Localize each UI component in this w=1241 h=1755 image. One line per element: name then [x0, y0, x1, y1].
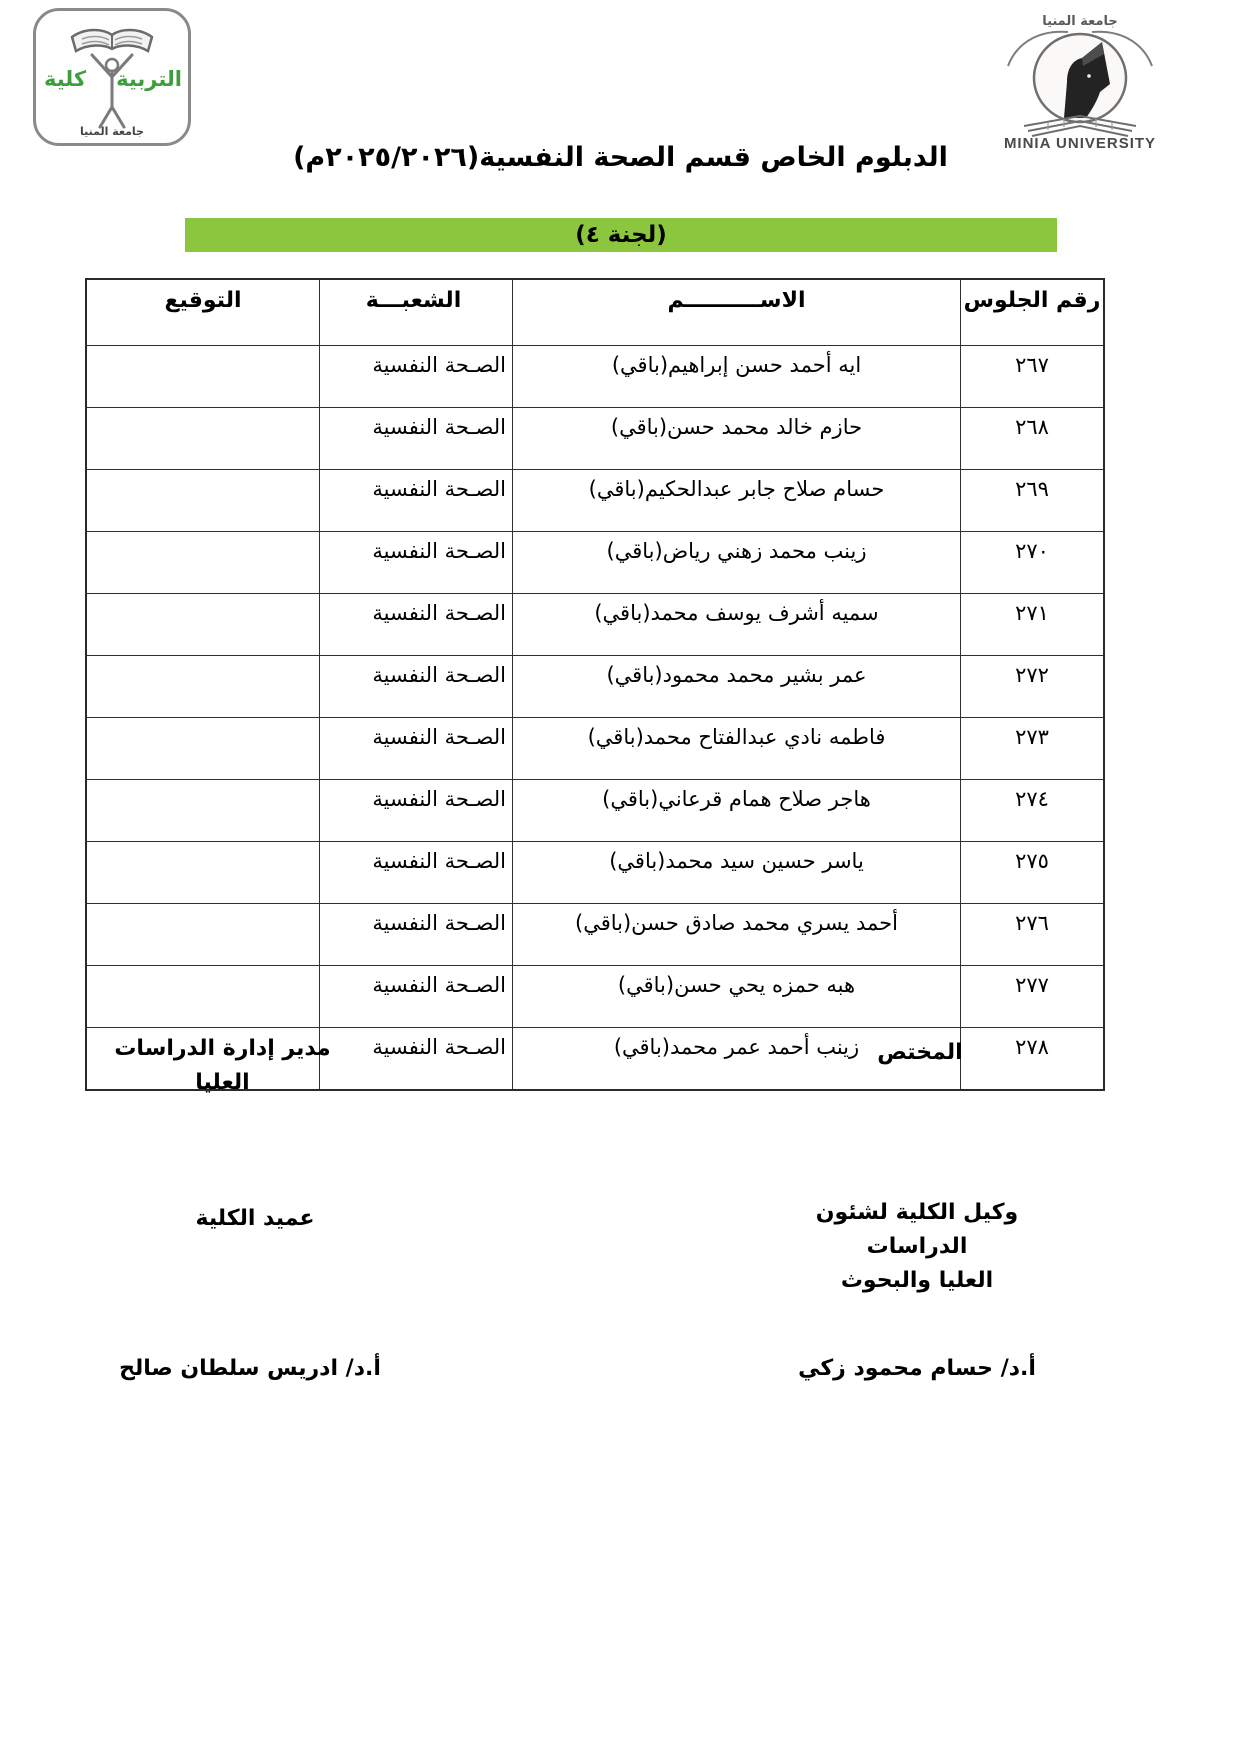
table-row: ٢٧٦ أحمد يسري محمد صادق حسن(باقي) الصـحة… [86, 904, 1104, 966]
table-row: ٢٧٣ فاطمه نادي عبدالفتاح محمد(باقي) الصـ… [86, 718, 1104, 780]
student-name: فاطمه نادي عبدالفتاح محمد(باقي) [513, 718, 961, 780]
header-seat-number: رقم الجلوس [961, 279, 1105, 346]
vice-dean-name: أ.د/ حسام محمود زكي [762, 1352, 1072, 1386]
table-row: ٢٦٨ حازم خالد محمد حسن(باقي) الصـحة النف… [86, 408, 1104, 470]
minia-university-logo: جامعة المنيا MINIA UNIVERSITY [990, 12, 1170, 152]
division: الصـحة النفسية [320, 594, 513, 656]
vice-dean-title-line2: العليا والبحوث [762, 1264, 1072, 1298]
committee-label: (لجنة ٤) [575, 222, 667, 248]
vice-dean-title-line1: وكيل الكلية لشئون الدراسات [762, 1196, 1072, 1264]
table-row: ٢٧٢ عمر بشير محمد محمود(باقي) الصـحة الن… [86, 656, 1104, 718]
page-title: الدبلوم الخاص قسم الصحة النفسية(٢٠٢٥/٢٠٢… [0, 142, 1241, 173]
header-student-name: الاســــــــــم [513, 279, 961, 346]
division: الصـحة النفسية [320, 408, 513, 470]
dean-title: عميد الكلية [180, 1202, 330, 1236]
table-row: ٢٧١ سميه أشرف يوسف محمد(باقي) الصـحة الن… [86, 594, 1104, 656]
division: الصـحة النفسية [320, 780, 513, 842]
signature-cell [86, 470, 320, 532]
seat-number: ٢٧١ [961, 594, 1105, 656]
table-row: ٢٧٧ هبه حمزه يحي حسن(باقي) الصـحة النفسي… [86, 966, 1104, 1028]
director-title-line2: العليا [110, 1066, 335, 1100]
division: الصـحة النفسية [320, 904, 513, 966]
seat-number: ٢٦٩ [961, 470, 1105, 532]
table-row: ٢٧٠ زينب محمد زهني رياض(باقي) الصـحة الن… [86, 532, 1104, 594]
seat-number: ٢٦٧ [961, 346, 1105, 408]
signature-cell [86, 532, 320, 594]
division: الصـحة النفسية [320, 532, 513, 594]
nefertiti-book-icon [990, 26, 1170, 146]
student-name: زينب محمد زهني رياض(باقي) [513, 532, 961, 594]
signature-cell [86, 842, 320, 904]
signature-cell [86, 594, 320, 656]
specialist-title: المختص [830, 1036, 1010, 1070]
seat-number: ٢٧٥ [961, 842, 1105, 904]
faculty-word-right: التربية [116, 67, 182, 91]
faculty-logo-university-text: جامعة المنيا [36, 125, 188, 138]
seat-number: ٢٧٦ [961, 904, 1105, 966]
student-name: هبه حمزه يحي حسن(باقي) [513, 966, 961, 1028]
division: الصـحة النفسية [320, 966, 513, 1028]
seat-number: ٢٦٨ [961, 408, 1105, 470]
student-name: هاجر صلاح همام قرعاني(باقي) [513, 780, 961, 842]
faculty-word-left: كلية [44, 67, 86, 91]
committee-band: (لجنة ٤) [185, 218, 1057, 252]
student-name: أحمد يسري محمد صادق حسن(باقي) [513, 904, 961, 966]
seat-number: ٢٧٠ [961, 532, 1105, 594]
division: الصـحة النفسية [320, 470, 513, 532]
table-row: ٢٦٧ ايه أحمد حسن إبراهيم(باقي) الصـحة ال… [86, 346, 1104, 408]
table-row: ٢٧٤ هاجر صلاح همام قرعاني(باقي) الصـحة ا… [86, 780, 1104, 842]
document-page: كلية التربية جامعة المنيا جامعة المنيا M… [0, 0, 1241, 1755]
division: الصـحة النفسية [320, 718, 513, 780]
header-division: الشعبـــة [320, 279, 513, 346]
seat-number: ٢٧٤ [961, 780, 1105, 842]
table-header-row: رقم الجلوس الاســــــــــم الشعبـــة الت… [86, 279, 1104, 346]
signature-cell [86, 904, 320, 966]
student-roster-table: رقم الجلوس الاســــــــــم الشعبـــة الت… [85, 278, 1105, 1091]
student-name: حسام صلاح جابر عبدالحكيم(باقي) [513, 470, 961, 532]
header-signature: التوقيع [86, 279, 320, 346]
division: الصـحة النفسية [320, 842, 513, 904]
division: الصـحة النفسية [320, 656, 513, 718]
signature-cell [86, 718, 320, 780]
division: الصـحة النفسية [320, 346, 513, 408]
student-name: عمر بشير محمد محمود(باقي) [513, 656, 961, 718]
vice-dean-title: وكيل الكلية لشئون الدراسات العليا والبحو… [762, 1196, 1072, 1298]
table-row: ٢٧٥ ياسر حسين سيد محمد(باقي) الصـحة النف… [86, 842, 1104, 904]
seat-number: ٢٧٢ [961, 656, 1105, 718]
student-name: حازم خالد محمد حسن(باقي) [513, 408, 961, 470]
student-name: ايه أحمد حسن إبراهيم(باقي) [513, 346, 961, 408]
student-name: سميه أشرف يوسف محمد(باقي) [513, 594, 961, 656]
table-row: ٢٦٩ حسام صلاح جابر عبدالحكيم(باقي) الصـح… [86, 470, 1104, 532]
faculty-of-education-logo: كلية التربية جامعة المنيا [33, 8, 191, 146]
signature-cell [86, 966, 320, 1028]
signature-cell [86, 780, 320, 842]
signature-cell [86, 408, 320, 470]
director-of-graduate-studies-title: مدير إدارة الدراسات العليا [110, 1032, 335, 1100]
seat-number: ٢٧٧ [961, 966, 1105, 1028]
signature-cell [86, 656, 320, 718]
signature-cell [86, 346, 320, 408]
director-title-line1: مدير إدارة الدراسات [110, 1032, 335, 1066]
seat-number: ٢٧٣ [961, 718, 1105, 780]
division: الصـحة النفسية [320, 1028, 513, 1091]
student-name: ياسر حسين سيد محمد(باقي) [513, 842, 961, 904]
dean-name: أ.د/ ادريس سلطان صالح [95, 1352, 405, 1386]
